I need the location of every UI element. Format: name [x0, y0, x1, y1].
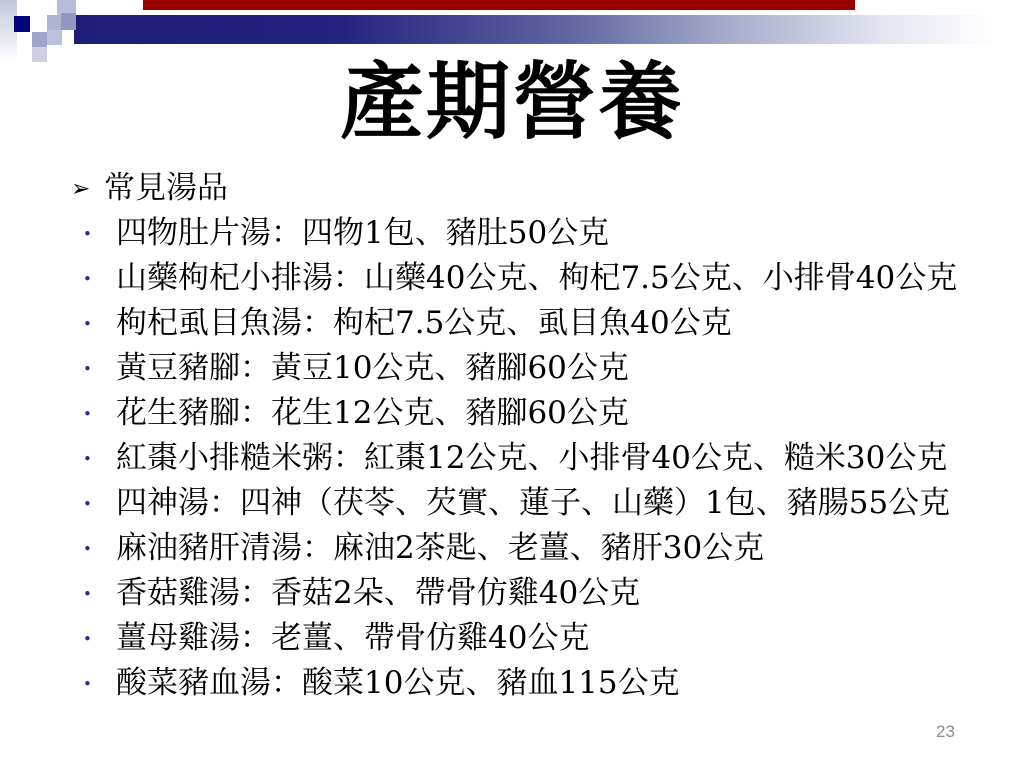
- dot-bullet-icon: •: [70, 630, 116, 648]
- dot-bullet-icon: •: [70, 450, 116, 468]
- list-item: •花生豬腳：花生12公克、豬腳60公克: [70, 391, 970, 436]
- list-item: •四神湯：四神（茯苓、芡實、蓮子、山藥）1包、豬腸55公克: [70, 481, 970, 526]
- deco-square-lavender: [61, 13, 76, 30]
- list-item-text: 麻油豬肝清湯：麻油2茶匙、老薑、豬肝30公克: [116, 533, 764, 564]
- red-accent-bar: [143, 0, 855, 10]
- list-item: •薑母雞湯：老薑、帶骨仿雞40公克: [70, 616, 970, 661]
- list-item-text: 紅棗小排糙米粥：紅棗12公克、小排骨40公克、糙米30公克: [116, 443, 947, 474]
- deco-square-navy: [14, 16, 30, 32]
- list-item: •枸杞虱目魚湯：枸杞7.5公克、虱目魚40公克: [70, 301, 970, 346]
- content-list: ➢常見湯品•四物肚片湯：四物1包、豬肚50公克•山藥枸杞小排湯：山藥40公克、枸…: [70, 166, 970, 706]
- list-item-text: 香菇雞湯：香菇2朵、帶骨仿雞40公克: [116, 578, 640, 609]
- list-item-text: 黃豆豬腳：黃豆10公克、豬腳60公克: [116, 353, 629, 384]
- list-item-text: 常見湯品: [104, 173, 228, 204]
- list-item-text: 酸菜豬血湯：酸菜10公克、豬血115公克: [116, 668, 680, 699]
- dot-bullet-icon: •: [70, 540, 116, 558]
- navy-gradient-bar: [74, 15, 1024, 44]
- list-item: •酸菜豬血湯：酸菜10公克、豬血115公克: [70, 661, 970, 706]
- dot-bullet-icon: •: [70, 270, 116, 288]
- dot-bullet-icon: •: [70, 675, 116, 693]
- list-item-text: 山藥枸杞小排湯：山藥40公克、枸杞7.5公克、小排骨40公克: [116, 263, 957, 294]
- list-item-text: 四物肚片湯：四物1包、豬肚50公克: [116, 218, 609, 249]
- list-item-text: 枸杞虱目魚湯：枸杞7.5公克、虱目魚40公克: [116, 308, 732, 339]
- list-item: •黃豆豬腳：黃豆10公克、豬腳60公克: [70, 346, 970, 391]
- list-item: •香菇雞湯：香菇2朵、帶骨仿雞40公克: [70, 571, 970, 616]
- list-item-text: 薑母雞湯：老薑、帶骨仿雞40公克: [116, 623, 589, 654]
- list-item-text: 四神湯：四神（茯苓、芡實、蓮子、山藥）1包、豬腸55公克: [116, 488, 950, 519]
- dot-bullet-icon: •: [70, 585, 116, 603]
- deco-square-lavender: [47, 15, 61, 30]
- page-number: 23: [936, 722, 955, 742]
- dot-bullet-icon: •: [70, 405, 116, 423]
- list-item: •山藥枸杞小排湯：山藥40公克、枸杞7.5公克、小排骨40公克: [70, 256, 970, 301]
- slide-title: 產期營養: [0, 60, 1024, 144]
- deco-square-lavender: [47, 30, 62, 45]
- slide: 產期營養 ➢常見湯品•四物肚片湯：四物1包、豬肚50公克•山藥枸杞小排湯：山藥4…: [0, 0, 1024, 768]
- dot-bullet-icon: •: [70, 360, 116, 378]
- dot-bullet-icon: •: [70, 225, 116, 243]
- dot-bullet-icon: •: [70, 315, 116, 333]
- arrow-bullet-icon: ➢: [70, 176, 104, 202]
- list-item: •四物肚片湯：四物1包、豬肚50公克: [70, 211, 970, 256]
- list-item: •麻油豬肝清湯：麻油2茶匙、老薑、豬肝30公克: [70, 526, 970, 571]
- dot-bullet-icon: •: [70, 495, 116, 513]
- list-item: •紅棗小排糙米粥：紅棗12公克、小排骨40公克、糙米30公克: [70, 436, 970, 481]
- list-item: ➢常見湯品: [70, 166, 970, 211]
- deco-square-lavender: [32, 32, 47, 47]
- list-item-text: 花生豬腳：花生12公克、豬腳60公克: [116, 398, 629, 429]
